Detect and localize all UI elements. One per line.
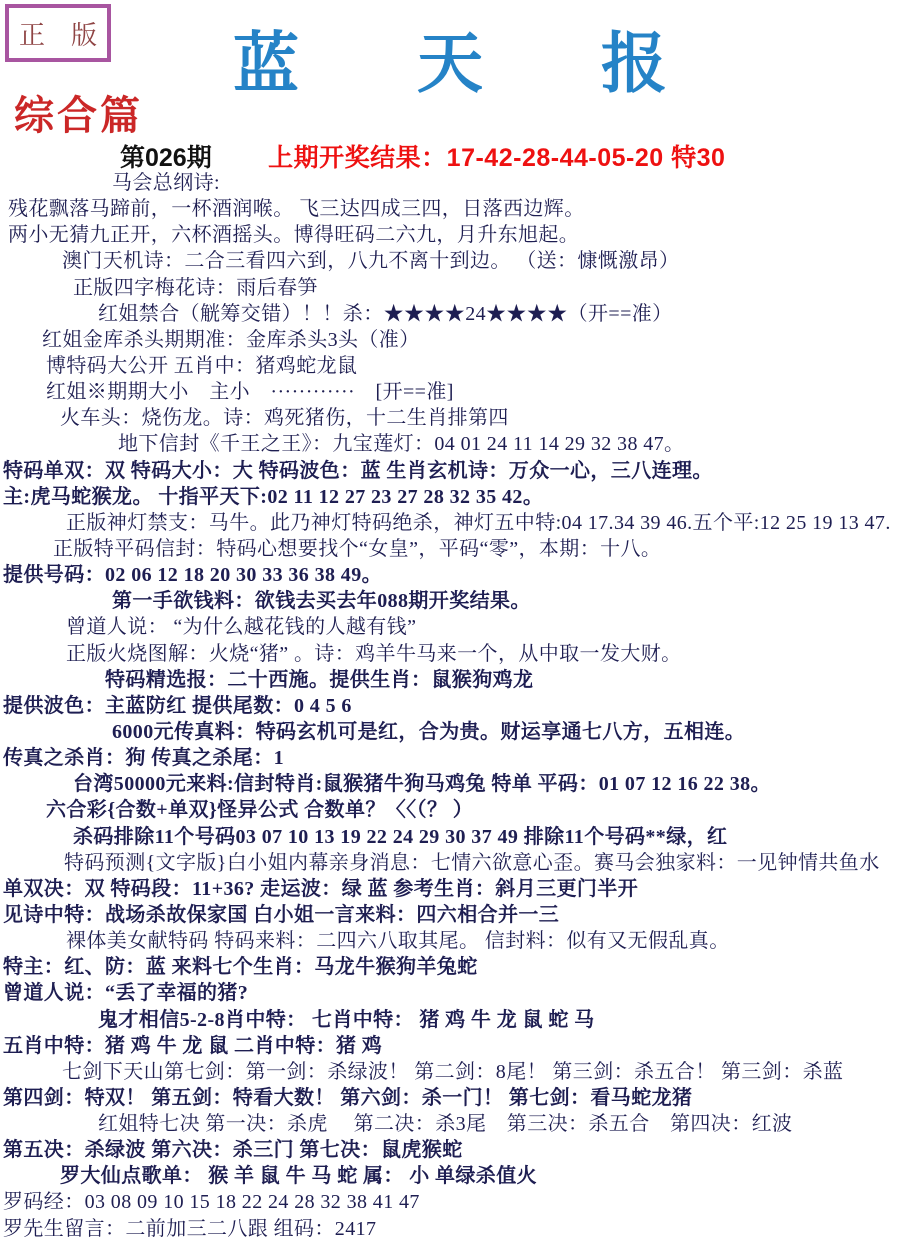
text-line: 博特码大公开 五肖中：猪鸡蛇龙鼠 [0,353,900,379]
text-line: 罗先生留言：二前加三二八跟 组码：2417 [0,1216,900,1242]
text-line: 传真之杀肖：狗 传真之杀尾：1 [0,745,900,771]
text-line: 红姐※期期大小 主小 ············ [开==准] [0,379,900,405]
text-line: 七剑下天山第七剑：第一剑：杀绿波！ 第二剑：8尾！ 第三剑：杀五合！ 第三剑：杀… [0,1059,900,1085]
text-line: 正版神灯禁支：马牛。此乃神灯特码绝杀，神灯五中特:04 17.34 39 46.… [0,510,900,536]
text-line: 单双决：双 特码段：11+36? 走运波：绿 蓝 参考生肖：斜月三更门半开 [0,876,900,902]
text-line: 特码预测{文字版}白小姐内幕亲身消息：七情六欲意心歪。赛马会独家料：一见钟情共鱼… [0,850,900,876]
newspaper-page: 正版 蓝天报 综合篇 第026期 上期开奖结果：17-42-28-44-05-2… [0,0,900,1243]
text-line: 第一手欲钱料：欲钱去买去年088期开奖结果。 [0,588,900,614]
text-line: 正版四字梅花诗：雨后春笋 [0,275,900,301]
text-line: 提供号码：02 06 12 18 20 30 33 36 38 49。 [0,562,900,588]
body-lines: 马会总纲诗:残花飘落马蹄前，一杯酒润喉。 飞三达四成三四，日落西边辉。两小无猜九… [0,170,900,1242]
text-line: 罗大仙点歌单： 猴 羊 鼠 牛 马 蛇 属： 小 单绿杀值火 [0,1163,900,1189]
text-line: 地下信封《千王之王》：九宝莲灯：04 01 24 11 14 29 32 38 … [0,431,900,457]
text-line: 红姐金库杀头期期准：金库杀头3头（准） [0,327,900,353]
text-line: 特码精选报：二十西施。提供生肖：鼠猴狗鸡龙 [0,667,900,693]
text-line: 五肖中特：猪 鸡 牛 龙 鼠 二肖中特：猪 鸡 [0,1033,900,1059]
text-line: 火车头：烧伤龙。诗：鸡死猪伤，十二生肖排第四 [0,405,900,431]
text-line: 提供波色：主蓝防红 提供尾数：0 4 5 6 [0,693,900,719]
last-draw-result: 上期开奖结果：17-42-28-44-05-20 特30 [268,144,725,172]
text-line: 曾道人说：“丢了幸福的猪? [0,980,900,1006]
text-line: 残花飘落马蹄前，一杯酒润喉。 飞三达四成三四，日落西边辉。 [0,196,900,222]
text-line: 澳门天机诗：二合三看四六到，八九不离十到边。 （送：慷慨激昂） [0,248,900,274]
text-line: 特码单双：双 特码大小：大 特码波色：蓝 生肖玄机诗：万众一心，三八连理。 [0,458,900,484]
section-heading: 综合篇 [14,84,143,141]
text-line: 六合彩{合数+单双}怪异公式 合数单？〈〈（？ ） [0,797,900,823]
text-line: 台湾50000元来料:信封特肖:鼠猴猪牛狗马鸡兔 特单 平码：01 07 12 … [0,771,900,797]
text-line: 第五决：杀绿波 第六决：杀三门 第七决：鼠虎猴蛇 [0,1137,900,1163]
text-line: 特主：红、防：蓝 来料七个生肖：马龙牛猴狗羊兔蛇 [0,954,900,980]
issue-row: 第026期 上期开奖结果：17-42-28-44-05-20 特30 [0,138,900,174]
text-line: 第四剑：特双！ 第五剑：特看大数！ 第六剑：杀一门！ 第七剑：看马蛇龙猪 [0,1085,900,1111]
text-line: 6000元传真料：特码玄机可是红，合为贵。财运享通七八方，五相连。 [0,719,900,745]
text-line: 见诗中特：战场杀故保家国 白小姐一言来料：四六相合并一三 [0,902,900,928]
text-line: 正版特平码信封：特码心想要找个“女皇”，平码“零”，本期：十八。 [0,536,900,562]
text-line: 两小无猜九正开，六杯酒摇头。博得旺码二六九，月升东旭起。 [0,222,900,248]
text-line: 红姐特七决 第一决：杀虎 第二决：杀3尾 第三决：杀五合 第四决：红波 [0,1111,900,1137]
page-title: 蓝天报 [59,10,900,105]
text-line: 马会总纲诗: [0,170,900,196]
text-line: 罗码经：03 08 09 10 15 18 22 24 28 32 38 41 … [0,1189,900,1215]
issue-number: 第026期 [120,144,212,172]
text-line: 鬼才相信5-2-8肖中特： 七肖中特： 猪 鸡 牛 龙 鼠 蛇 马 [0,1007,900,1033]
text-line: 红姐禁合（觥筹交错）！！杀：★★★★24★★★★（开==准） [0,301,900,327]
text-line: 杀码排除11个号码03 07 10 13 19 22 24 29 30 37 4… [0,824,900,850]
text-line: 裸体美女献特码 特码来料：二四六八取其尾。 信封料：似有又无假乱真。 [0,928,900,954]
text-line: 曾道人说： “为什么越花钱的人越有钱” [0,614,900,640]
text-line: 正版火烧图解：火烧“猪” 。诗：鸡羊牛马来一个，从中取一发大财。 [0,641,900,667]
text-line: 主:虎马蛇猴龙。 十指平天下:02 11 12 27 23 27 28 32 3… [0,484,900,510]
